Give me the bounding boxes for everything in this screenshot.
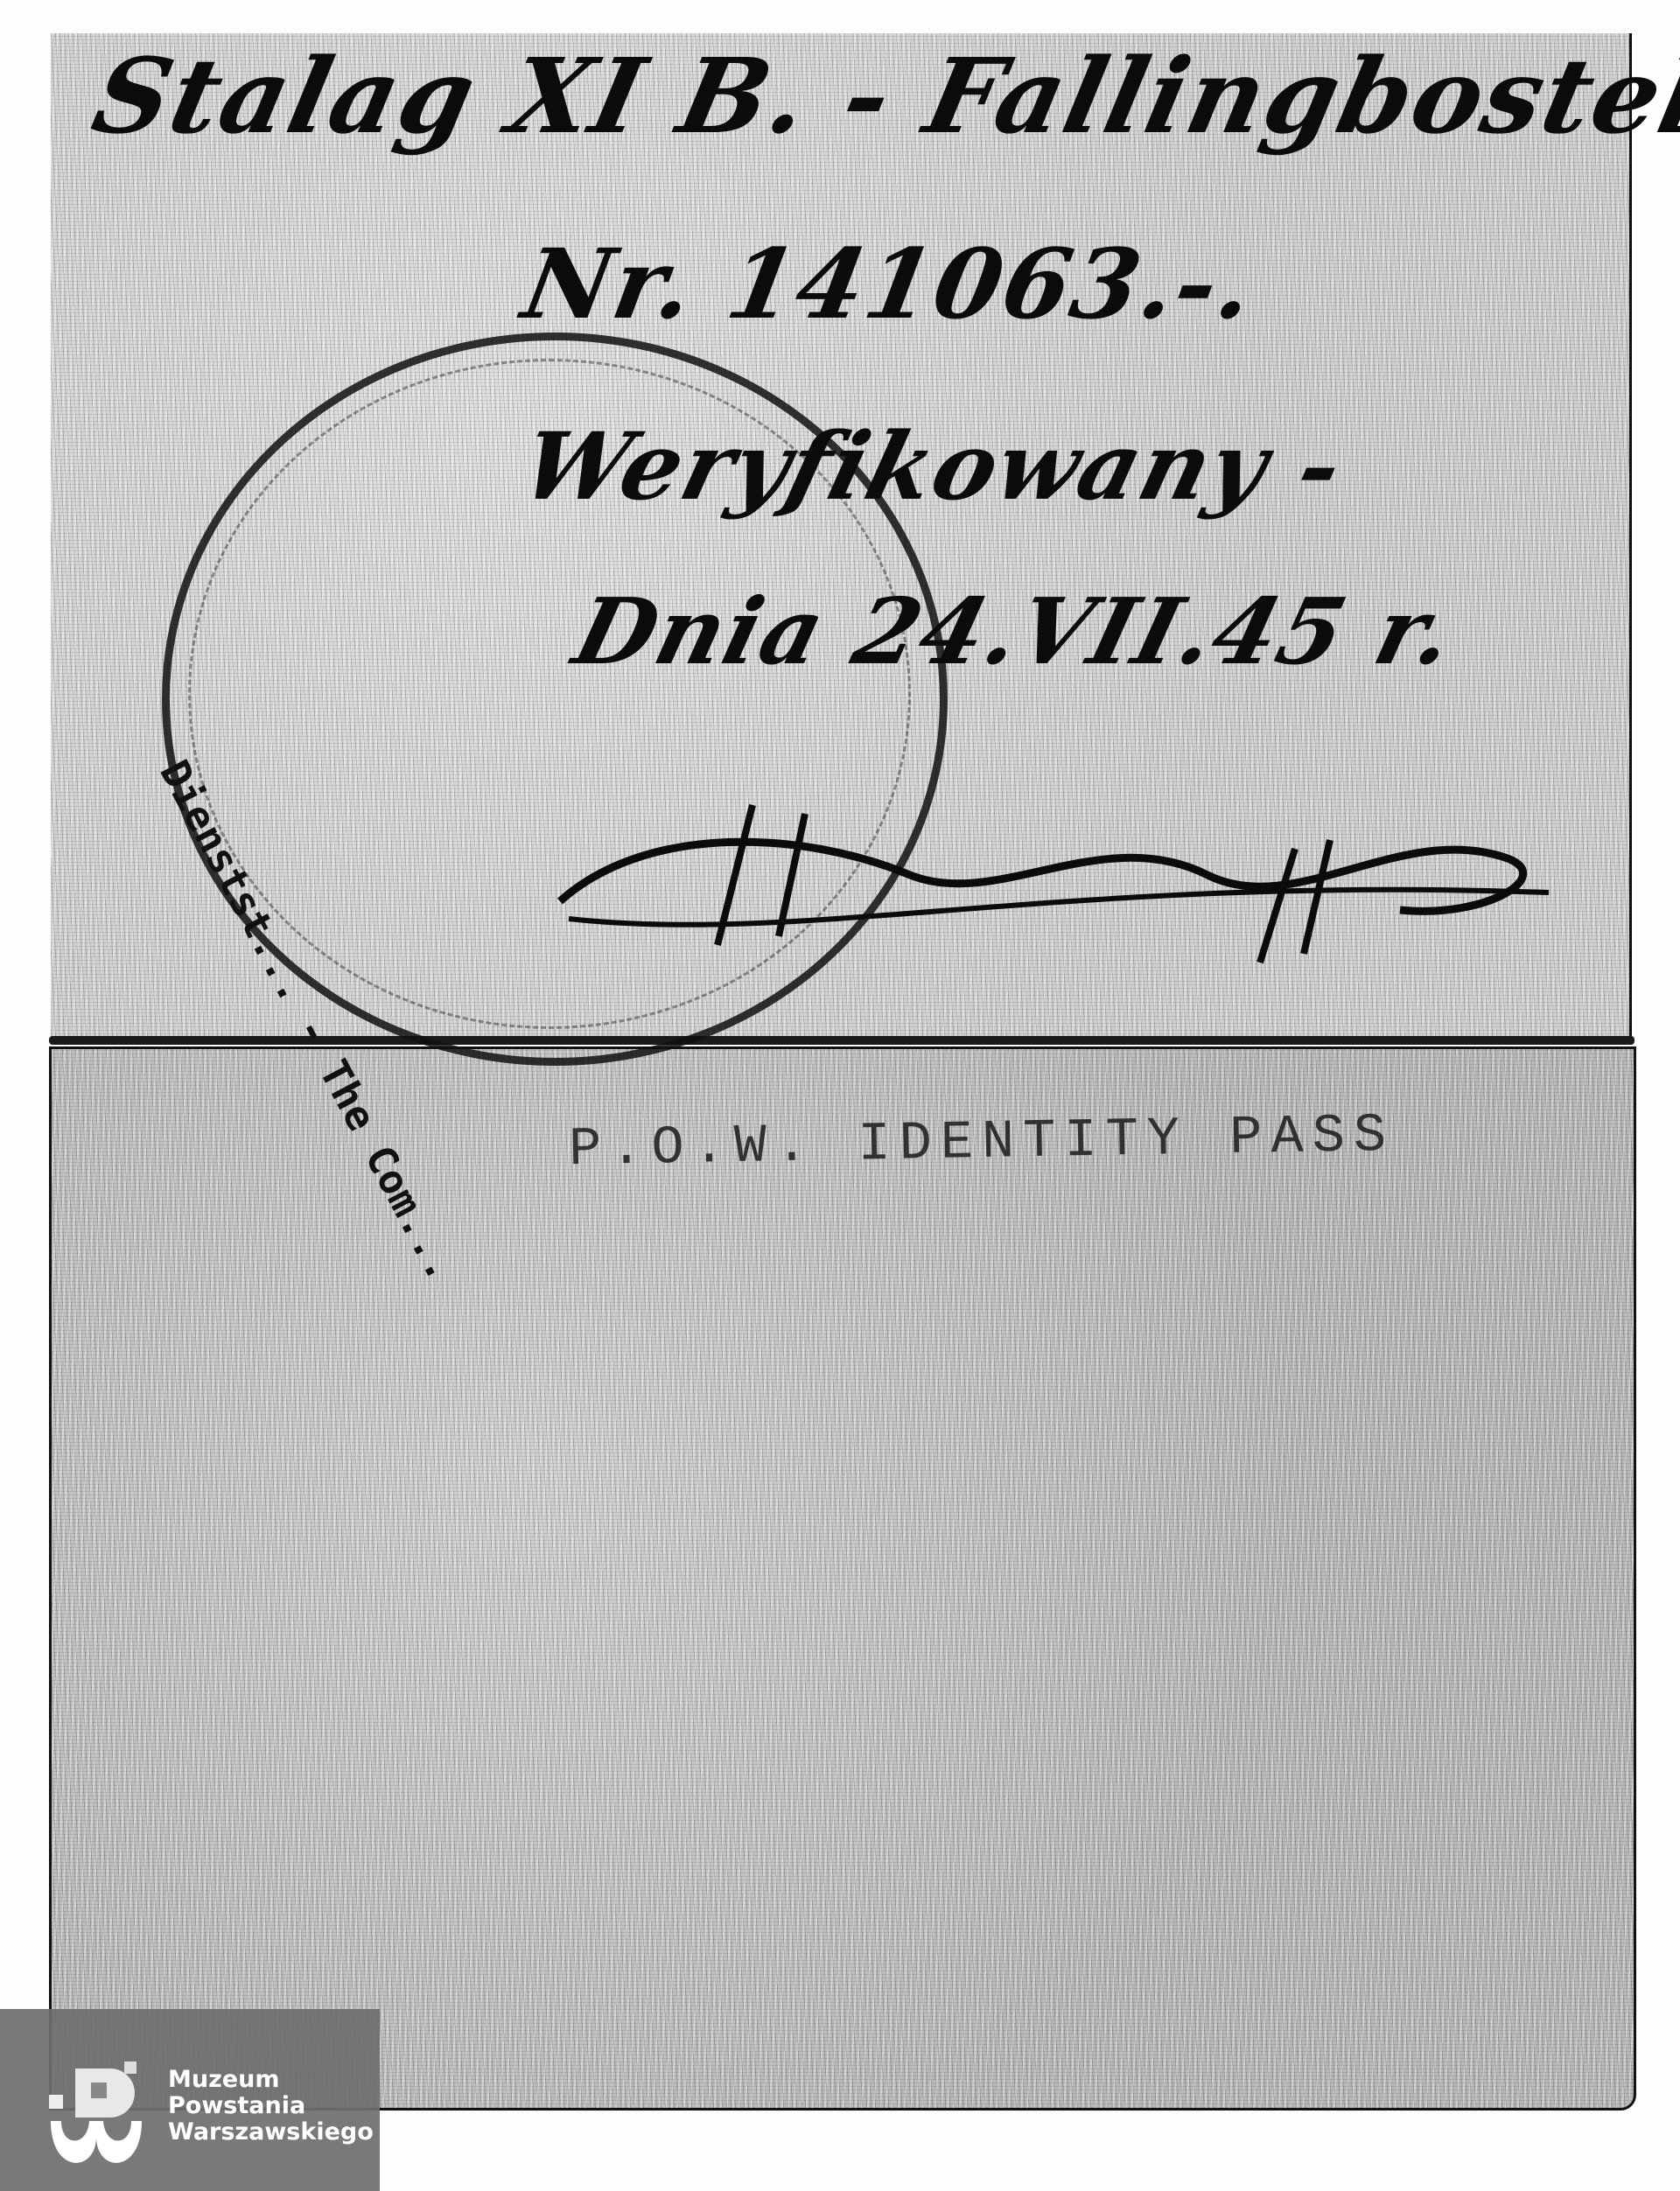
- card-bottom-panel: [49, 1046, 1636, 2110]
- watermark-line-3: Warszawskiego: [168, 2119, 374, 2145]
- museum-logo-icon: [49, 2060, 145, 2165]
- handwritten-verified-line: Weryfikowany -: [511, 411, 1354, 521]
- handwritten-date-line: Dnia 24.VII.45 r.: [564, 577, 1466, 685]
- signature: [542, 770, 1592, 980]
- handwritten-camp-line: Stalag XI B. - Fallingbostel.: [83, 35, 1680, 157]
- museum-watermark: Muzeum Powstania Warszawskiego: [0, 2009, 380, 2191]
- watermark-line-1: Muzeum: [168, 2067, 374, 2093]
- watermark-line-2: Powstania: [168, 2093, 374, 2119]
- card-fold-line: [49, 1036, 1634, 1045]
- handwritten-number-line: Nr. 141063.-.: [515, 227, 1263, 340]
